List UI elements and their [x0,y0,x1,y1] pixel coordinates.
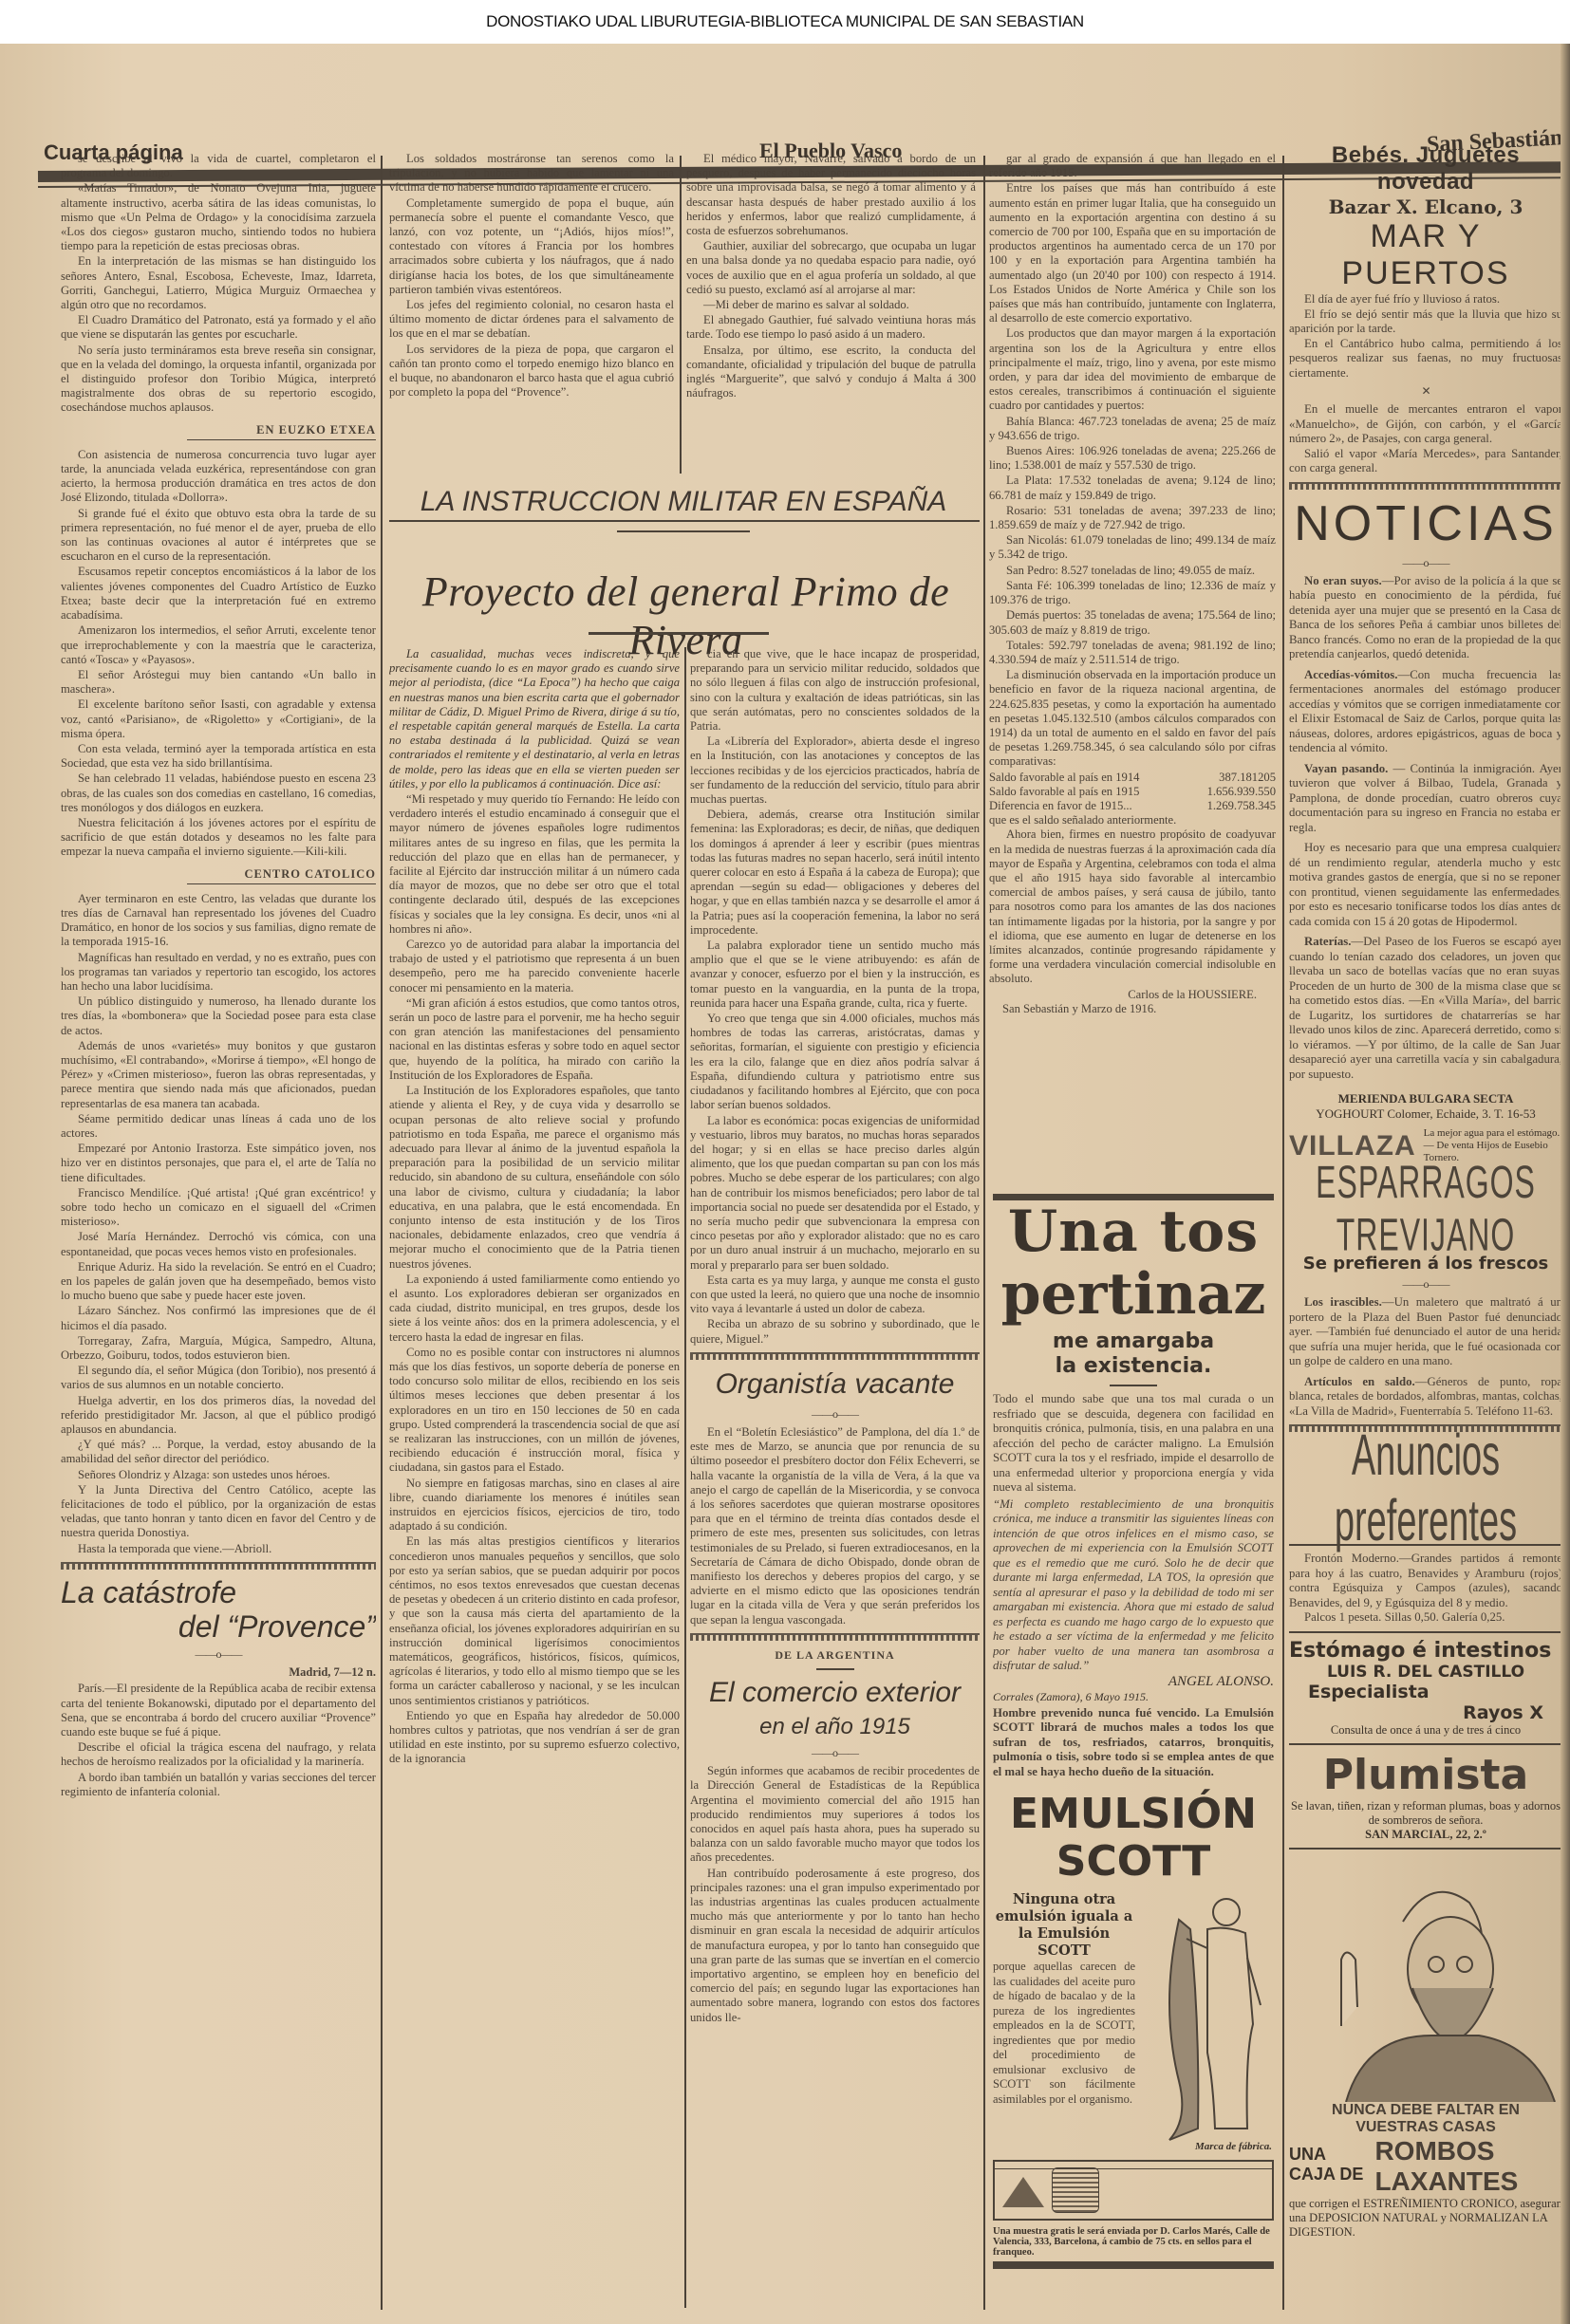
paragraph: La «Librería del Explorador», abierta de… [690,734,980,807]
emulsion-scott-advertisement: Una tos pertinaz me amargaba la existenc… [993,1194,1274,2314]
brand-line-1: EMULSIÓN [993,1791,1274,1838]
paragraph: —Mi deber de marino es salvar al soldado… [686,298,976,312]
paragraph: La exponiendo á usted familiarmente como… [389,1273,680,1345]
doctor-hours: Consulta de once á una y de tres á cinco [1289,1723,1562,1738]
paragraph: París.—El presidente de la República aca… [61,1682,376,1739]
bearded-man-illustration [1289,1855,1562,2102]
comercio-title-line-2: en el año 1915 [690,1712,980,1742]
paragraph: Escusamos repetir conceptos encomiástico… [61,565,376,623]
paragraph: El segundo día, el señor Múgica (don Tor… [61,1364,376,1392]
row-label: Diferencia en favor de 1915... [989,799,1132,813]
ad-reason: porque aquellas carecen de las cualidade… [993,1960,1135,2107]
paragraph: El frío se dejó sentir más que la lluvia… [1289,307,1562,337]
ornament-divider: ——o—— [1289,1277,1562,1292]
news-item-lead: Artículos en saldo. [1304,1375,1415,1388]
rombos-ad-line-1: NUNCA DEBE FALTAR EN VUESTRAS CASAS [1289,2102,1562,2136]
paragraph: El excelente barítono señor Isasti, con … [61,697,376,741]
paragraph: El señor Aróstegui muy bien cantando «Un… [61,668,376,697]
news-item: Accedías-vómitos.—Con mucha frecuencia l… [1289,668,1562,756]
paragraph: San Pedro: 8.527 toneladas de lino; 49.0… [989,564,1276,578]
testimonial-quote: “Mi completo restablecimiento de una bro… [993,1497,1274,1674]
paragraph: Si grande fué el éxito que obtuvo esta o… [61,507,376,565]
column-rule [1282,156,1284,2310]
paragraph: “Mi respetado y muy querido tío Fernando… [389,792,680,937]
yoghourt-ad-line-1: MERIENDA BULGARA SECTA [1289,1091,1562,1106]
ornament-divider: ✕ [1289,384,1562,399]
wavy-divider [690,1352,980,1360]
paragraph: Séame permitido dedicar unas líneas á ca… [61,1112,376,1141]
plumista-ad-text: Se lavan, tiñen, rizan y reforman plumas… [1289,1799,1562,1828]
paragraph: Señores Olondriz y Alzaga: son ustedes u… [61,1468,376,1482]
paragraph: Santa Fé: 106.399 toneladas de lino; 12.… [989,579,1276,607]
military-column-a: La casualidad, muchas veces indiscreta, … [389,647,680,2308]
paragraph: La Institución de los Exploradores españ… [389,1084,680,1272]
ad-subheadline-1: me amargaba [993,1329,1274,1354]
paragraph: José María Hernández. Derrochó vis cómic… [61,1230,376,1258]
paragraph: Los productos que dan mayor margen á la … [989,326,1276,413]
ornament-divider: ——o—— [690,1407,980,1422]
row-value: 1.656.939.550 [1207,785,1276,799]
fronton-prices: Palcos 1 peseta. Sillas 0,50. Galería 0,… [1289,1610,1562,1626]
paragraph: “Mi gran afición á estos estudios, que c… [389,996,680,1083]
article-title-organistia: Organistía vacante [690,1366,980,1404]
paragraph: Y la Junta Directiva del Centro Católico… [61,1483,376,1541]
ad-pitch: Hombre prevenido nunca fué vencido. La E… [993,1706,1274,1780]
paragraph: Completamente sumergido de popa el buque… [389,196,674,297]
rombos-ad-line-2: UNA CAJA DE [1289,2145,1369,2185]
wavy-divider [61,1562,376,1570]
plumista-ad-title: Plumista [1289,1751,1562,1799]
table-row: Saldo favorable al país en 19151.656.939… [989,785,1276,799]
news-item-lead: Accedías-vómitos. [1304,668,1397,681]
section-heading-argentina: DE LA ARGENTINA [690,1648,980,1663]
wavy-divider [1289,482,1562,490]
news-item: Raterías.—Del Paseo de los Fueros se esc… [1289,935,1562,1082]
rombos-ad-product: ROMBOS LAXANTES [1374,2136,1562,2197]
paragraph: El Cuadro Dramático del Patronato, está … [61,313,376,342]
paragraph: Yo creo que tenga que sin 4.000 oficiale… [690,1012,980,1112]
paragraph: Entre los países que más han contribuído… [989,181,1276,325]
ad-claim: Ninguna otra emulsión iguala a la Emulsi… [993,1891,1135,1960]
paragraph: Gauthier, auxiliar del sobrecargo, que o… [686,239,976,297]
paragraph: Francisco Mendilíce. ¡Qué artista! ¡Qué … [61,1186,376,1230]
testimonial-place: Corrales (Zamora), 6 Mayo 1915. [993,1690,1274,1704]
row-value: 1.269.758.345 [1207,799,1276,813]
paragraph: En las más altas prestigios científicos … [389,1534,680,1707]
short-rule [816,1668,854,1670]
paragraph: En la interpretación de las mismas se ha… [61,254,376,312]
paragraph: En el muelle de mercantes entraron el va… [1289,402,1562,447]
paragraph: Enrique Aduriz. Ha sido la revelación. S… [61,1260,376,1304]
paragraph: Ensalza, por último, ese escrito, la con… [686,344,976,401]
paragraph: Magníficas han resultado en verdad, y no… [61,951,376,995]
ornament-divider: ——o—— [1289,556,1562,570]
news-item: Vayan pasando. — Continúa la inmigración… [1289,762,1562,836]
balance-table: Saldo favorable al país en 1914387.18120… [989,771,1276,814]
wavy-divider [690,1633,980,1641]
brand-line-2: SCOTT [993,1838,1274,1886]
section-title-noticias: NOTICIAS [1289,495,1562,552]
column-rule [381,156,383,2310]
paragraph: Carezco yo de autoridad para alabar la i… [389,938,680,995]
news-item-lead: Los irascibles. [1304,1295,1382,1309]
sample-offer: Una muestra gratis le será enviada por D… [993,2226,1274,2258]
paragraph: Se han celebrado 11 veladas, habiéndose … [61,772,376,815]
paragraph: Reciba un abrazo de su sobrino y subordi… [690,1317,980,1346]
paragraph: Nuestra felicitación á los jóvenes actor… [61,816,376,860]
paragraph: Buenos Aires: 106.926 toneladas de avena… [989,444,1276,473]
ad-headline-2: pertinaz [993,1263,1274,1326]
section-title-mar-y-puertos: MAR Y PUERTOS [1289,218,1562,292]
paragraph: Hasta la temporada que viene.—Abrioll. [61,1542,376,1556]
paragraph: Empezaré por Antonio Irastorza. Este sim… [61,1142,376,1185]
column-rule [684,647,686,2308]
toy-ad-address: Bazar X. Elcano, 3 [1289,195,1562,218]
ad-subheadline-2: la existencia. [993,1354,1274,1379]
paragraph: El abnegado Gauthier, fué salvado veinti… [686,313,976,342]
lead-paragraph: La casualidad, muchas veces indiscreta, … [389,647,680,791]
signature: Carlos de la HOUSSIERE. [989,988,1276,1002]
comercio-title-line-1: El comercio exterior [690,1674,980,1712]
paragraph: La palabra explorador tiene un sentido m… [690,939,980,1011]
row-value: 387.181205 [1219,771,1276,785]
ad-headline-1: Una tos [993,1200,1274,1263]
paragraph: Un público distinguido y numeroso, ha ll… [61,995,376,1038]
news-item-lead: No eran suyos. [1304,574,1382,587]
trademark-label: Marca de fábrica. [1195,2141,1272,2152]
ornament-divider: ——o—— [61,1647,376,1662]
paragraph: Entiendo yo que en España hay alrededor … [389,1709,680,1767]
paragraph: Debiera, además, crearse otra Institució… [690,808,980,938]
column-rule [680,156,682,474]
short-rule [1110,1385,1157,1386]
section-heading-centro-catolico: CENTRO CATOLICO [61,867,376,882]
paragraph: Como no es posible contar con instructor… [389,1346,680,1476]
paragraph: Demás puertos: 35 toneladas de avena; 17… [989,608,1276,637]
right-column: Bebés. Juguetes novedad Bazar X. Elcano,… [1289,142,1562,2315]
column-1: se describe al vivo la vida de cuartel, … [61,152,376,2315]
ad-bottom-rule [993,2261,1274,2269]
paragraph: Según informes que acabamos de recibir p… [690,1764,980,1865]
paragraph: El día de ayer fué frío y lluvioso á rat… [1289,292,1562,307]
paragraph: Torregaray, Zafra, Marguía, Múgica, Samp… [61,1334,376,1363]
provence-title-line-2: del “Provence” [61,1609,376,1644]
paragraph: La labor es económica: pocas exigencias … [690,1114,980,1273]
news-item-lead: Raterías. [1304,935,1351,948]
doctor-ad-title: Estómago é intestinos [1289,1639,1562,1663]
paragraph: La disminución observada en la importaci… [989,668,1276,769]
paragraph: Totales: 592.797 toneladas de avena; 981… [989,639,1276,667]
news-item: Los irascibles.—Un maletero que maltrató… [1289,1295,1562,1369]
paragraph: Describe el oficial la trágica escena de… [61,1740,376,1769]
paragraph: Los jefes del regimiento colonial, no ce… [389,298,674,342]
paragraph: Con asistencia de numerosa concurrencia … [61,448,376,506]
doctor-xray: Rayos X [1289,1702,1562,1723]
fronton-ad: Frontón Moderno.—Grandes partidos á remo… [1289,1552,1562,1610]
toy-ad-title: Bebés. Juguetes novedad [1289,142,1562,195]
provence-continued-b: El médico mayor, Navarre, salvado á bord… [686,152,976,474]
paragraph: gar al grado de expansión á que han lleg… [989,152,1276,180]
argentina-continued: gar al grado de expansión á que han lleg… [989,152,1276,1186]
section-heading-euzko-etxea: EN EUZKO ETXEA [61,423,376,437]
news-item: Hoy es necesario para que una empresa cu… [1289,841,1562,929]
paragraph: ¿Y qué más? ... Porque, la verdad, estoy… [61,1438,376,1466]
closing-paragraph: Ahora bien, firmes en nuestro propósito … [989,827,1276,986]
paragraph: Además de unos «varietés» muy bonitos y … [61,1039,376,1111]
paragraph: En el “Boletín Eclesiástico” de Pamplona… [690,1425,980,1627]
paragraph: Los soldados mostráronse tan serenos com… [389,152,674,195]
paragraph: Han contribuído poderosamente á este pro… [690,1867,980,2025]
paragraph: Lázaro Sánchez. Nos confirmó las impresi… [61,1304,376,1332]
paragraph: Huelga advertir, en los dos primeros día… [61,1394,376,1438]
place-date: San Sebastián y Marzo de 1916. [989,1002,1276,1016]
paragraph: La Plata: 17.532 toneladas de avena; 9.1… [989,474,1276,502]
table-row: Diferencia en favor de 1915...1.269.758.… [989,799,1276,813]
provence-continued-a: Los soldados mostráronse tan serenos com… [389,152,674,474]
after-table-text: que es el saldo señalado anteriormente. [989,813,1276,827]
paragraph: Con esta velada, terminó ayer la tempora… [61,742,376,771]
esparragos-ad-title: ESPARRAGOS TREVIJANO [1289,1157,1562,1262]
paragraph: San Nicolás: 61.079 toneladas de lino; 4… [989,533,1276,562]
row-label: Saldo favorable al país en 1915 [989,785,1139,799]
paragraph: A bordo iban también un batallón y varia… [61,1771,376,1799]
column-rule [983,156,985,2310]
article-title-provence: La catástrofe del “Provence” [61,1575,376,1644]
kicker-headline: LA INSTRUCCION MILITAR EN ESPAÑA [389,486,978,518]
paragraph: No sería justo termináramos esta breve r… [61,344,376,416]
newspaper-page: Cuarta página El Pueblo Vasco San Sebast… [0,44,1570,2324]
horizontal-rule [389,520,980,522]
testimonial-author: ANGEL ALONSO. [993,1674,1274,1690]
doctor-specialty: Especialista [1289,1682,1562,1702]
article-title-comercio: El comercio exterior en el año 1915 [690,1674,980,1742]
paragraph: se describe al vivo la vida de cuartel, … [61,152,376,180]
row-label: Saldo favorable al país en 1914 [989,771,1139,785]
paragraph: Rosario: 531 toneladas de avena; 397.233… [989,504,1276,532]
news-item-lead: Vayan pasando. [1304,762,1388,775]
product-box-illustration [993,2160,1274,2221]
rombos-ad-claim: que corrigen el ESTREÑIMIENTO CRONICO, a… [1289,2197,1562,2240]
news-item: No eran suyos.—Por aviso de la policía á… [1289,574,1562,662]
ornament-divider: ——o—— [690,1746,980,1760]
doctor-name: LUIS R. DEL CASTILLO [1289,1663,1562,1682]
dateline: Madrid, 7—12 n. [61,1665,376,1680]
archive-header: DONOSTIAKO UDAL LIBURUTEGIA-BIBLIOTECA M… [0,0,1570,44]
provence-title-line-1: La catástrofe [61,1575,376,1609]
ornament-rule [589,632,769,635]
paragraph: «Matías Timador», de Nonato Ovejuna Inia… [61,181,376,253]
paragraph: Los servidores de la pieza de popa, que … [389,343,674,400]
paragraph: El médico mayor, Navarre, salvado á bord… [686,152,976,238]
paragraph: cia en que vive, que le hace incapaz de … [690,647,980,734]
news-item: Artículos en saldo.—Géneros de punto, ro… [1289,1375,1562,1420]
paragraph: Salió el vapor «María Mercedes», para Sa… [1289,447,1562,476]
yoghourt-ad-line-2: YOGHOURT Colomer, Echaide, 3. T. 16-53 [1289,1106,1562,1122]
ornament-rule [617,530,750,532]
table-row: Saldo favorable al país en 1914387.18120… [989,771,1276,785]
paragraph: Bahía Blanca: 467.723 toneladas de avena… [989,415,1276,443]
paragraph: Esta carta es ya muy larga, y aunque me … [690,1274,980,1317]
military-column-b: cia en que vive, que le hace incapaz de … [690,647,980,2308]
paragraph: En el Cantábrico hubo calma, permitiendo… [1289,337,1562,381]
paragraph: Ayer terminaron en este Centro, las vela… [61,892,376,950]
fisherman-illustration: Marca de fábrica. [1141,1891,1274,2152]
plumista-address: SAN MARCIAL, 22, 2.º [1289,1828,1562,1842]
ad-intro: Todo el mundo sabe que una tos mal curad… [993,1392,1274,1496]
paragraph: No siempre en fatigosas marchas, sino en… [389,1477,680,1534]
paragraph: Amenizaron los intermedios, el señor Arr… [61,623,376,667]
section-title-anuncios: Anuncios preferentes [1289,1424,1562,1555]
